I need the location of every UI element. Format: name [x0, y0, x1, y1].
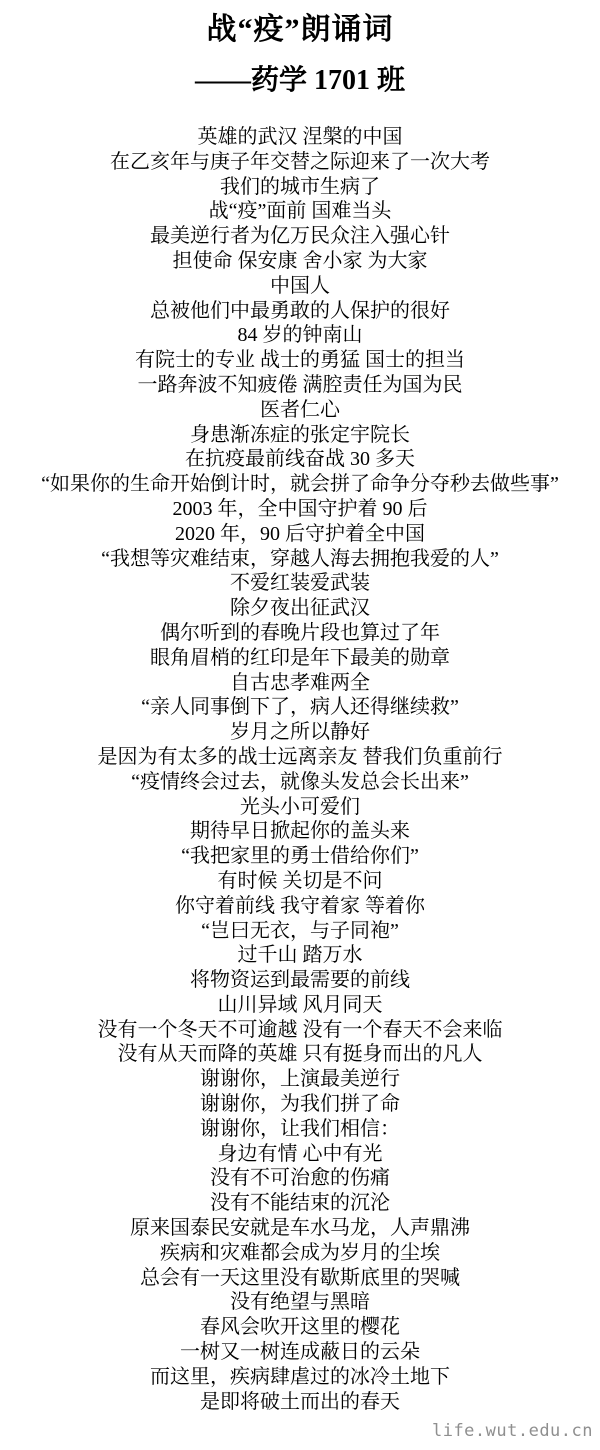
poem-line: “我把家里的勇士借给你们” [0, 844, 600, 869]
poem-line: 总被他们中最勇敢的人保护的很好 [0, 299, 600, 324]
poem-line: 偶尔听到的春晚片段也算过了年 [0, 621, 600, 646]
poem-line: 没有绝望与黑暗 [0, 1290, 600, 1315]
poem-line: 自古忠孝难两全 [0, 671, 600, 696]
poem-line: 不爱红装爱武装 [0, 571, 600, 596]
poem-line: 没有不可治愈的伤痛 [0, 1166, 600, 1191]
poem-line: 岁月之所以静好 [0, 720, 600, 745]
poem-line: 身边有情 心中有光 [0, 1142, 600, 1167]
poem-line: “亲人同事倒下了，病人还得继续救” [0, 695, 600, 720]
poem-line: “疫情终会过去，就像头发总会长出来” [0, 770, 600, 795]
poem-line: 中国人 [0, 274, 600, 299]
document-page: 战“疫”朗诵词 ——药学 1701 班 英雄的武汉 涅槃的中国在乙亥年与庚子年交… [0, 0, 600, 1450]
poem-line: “我想等灾难结束，穿越人海去拥抱我爱的人” [0, 547, 600, 572]
poem-line: 在乙亥年与庚子年交替之际迎来了一次大考 [0, 150, 600, 175]
poem-line: 总会有一天这里没有歇斯底里的哭喊 [0, 1266, 600, 1291]
poem-line: 医者仁心 [0, 398, 600, 423]
poem-line: 没有一个冬天不可逾越 没有一个春天不会来临 [0, 1018, 600, 1043]
poem-line: 一树又一树连成蔽日的云朵 [0, 1340, 600, 1365]
poem-line: 原来国泰民安就是车水马龙，人声鼎沸 [0, 1216, 600, 1241]
poem-line: 我们的城市生病了 [0, 175, 600, 200]
poem-line: 84 岁的钟南山 [0, 323, 600, 348]
poem-line: 没有不能结束的沉沦 [0, 1191, 600, 1216]
poem-line: 在抗疫最前线奋战 30 多天 [0, 447, 600, 472]
poem-line: 将物资运到最需要的前线 [0, 968, 600, 993]
poem-line: 谢谢你，上演最美逆行 [0, 1067, 600, 1092]
poem-line: 是因为有太多的战士远离亲友 替我们负重前行 [0, 745, 600, 770]
poem-line: 除夕夜出征武汉 [0, 596, 600, 621]
poem-line: 疾病和灾难都会成为岁月的尘埃 [0, 1241, 600, 1266]
poem-body: 英雄的武汉 涅槃的中国在乙亥年与庚子年交替之际迎来了一次大考我们的城市生病了战“… [0, 125, 600, 1414]
poem-line: 有院士的专业 战士的勇猛 国士的担当 [0, 348, 600, 373]
watermark: life.wut.edu.cn [432, 1421, 593, 1441]
poem-line: 光头小可爱们 [0, 795, 600, 820]
poem-line: 眼角眉梢的红印是年下最美的勋章 [0, 646, 600, 671]
poem-line: 过千山 踏万水 [0, 943, 600, 968]
poem-line: 身患渐冻症的张定宇院长 [0, 423, 600, 448]
poem-line: 英雄的武汉 涅槃的中国 [0, 125, 600, 150]
poem-line: 期待早日掀起你的盖头来 [0, 819, 600, 844]
page-title: 战“疫”朗诵词 [0, 0, 600, 48]
poem-line: 有时候 关切是不问 [0, 869, 600, 894]
poem-line: 担使命 保安康 舍小家 为大家 [0, 249, 600, 274]
poem-line: 而这里，疾病肆虐过的冰冷土地下 [0, 1365, 600, 1390]
poem-line: 2003 年，全中国守护着 90 后 [0, 497, 600, 522]
poem-line: 春风会吹开这里的樱花 [0, 1315, 600, 1340]
poem-line: 谢谢你，让我们相信： [0, 1117, 600, 1142]
poem-line: 是即将破土而出的春天 [0, 1390, 600, 1415]
poem-line: “岂曰无衣，与子同袍” [0, 919, 600, 944]
poem-line: 你守着前线 我守着家 等着你 [0, 894, 600, 919]
poem-line: 没有从天而降的英雄 只有挺身而出的凡人 [0, 1042, 600, 1067]
poem-line: 2020 年，90 后守护着全中国 [0, 522, 600, 547]
poem-line: “如果你的生命开始倒计时，就会拼了命争分夺秒去做些事” [0, 472, 600, 497]
poem-line: 最美逆行者为亿万民众注入强心针 [0, 224, 600, 249]
poem-line: 战“疫”面前 国难当头 [0, 199, 600, 224]
poem-line: 山川异域 风月同天 [0, 993, 600, 1018]
poem-line: 谢谢你，为我们拼了命 [0, 1092, 600, 1117]
poem-line: 一路奔波不知疲倦 满腔责任为国为民 [0, 373, 600, 398]
page-subtitle: ——药学 1701 班 [0, 64, 600, 98]
